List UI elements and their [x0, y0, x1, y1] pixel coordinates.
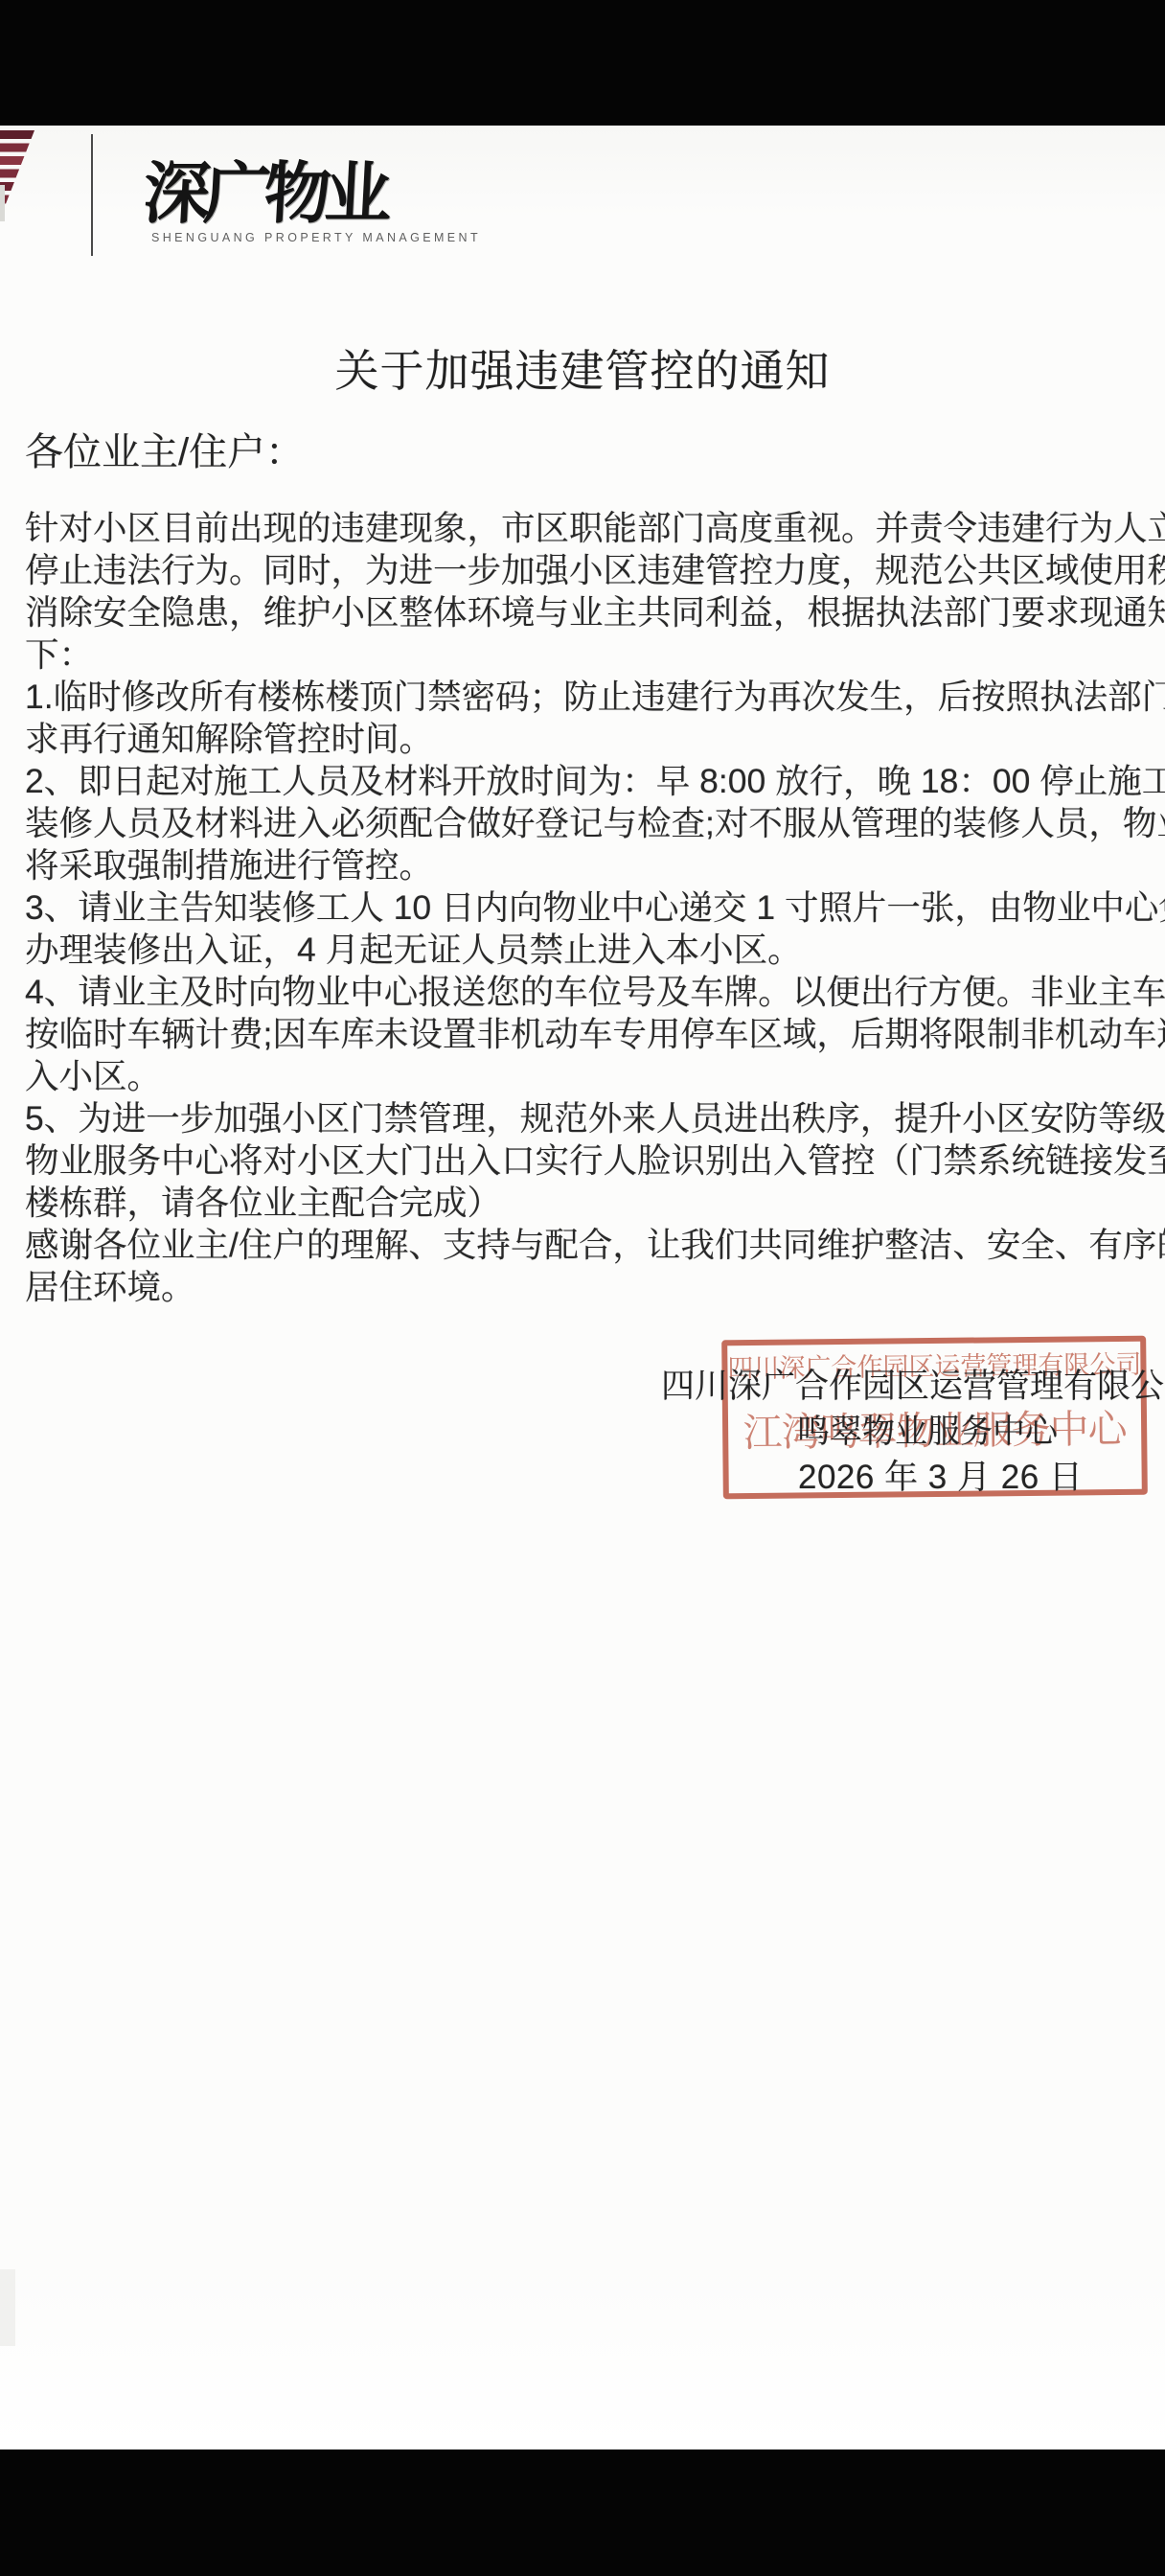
notice-line: 下：	[25, 633, 1165, 676]
notice-line: 居住环境。	[25, 1266, 1165, 1308]
top-letterbox-bar	[0, 0, 1165, 126]
notice-line: 求再行通知解除管控时间。	[25, 718, 1165, 760]
notice-line: 消除安全隐患，维护小区整体环境与业主共同利益，根据执法部门要求现通知如	[25, 591, 1165, 633]
logo-wing-stripes-icon	[0, 130, 40, 221]
notice-line: 按临时车辆计费;因车库未设置非机动车专用停车区域，后期将限制非机动车进	[25, 1013, 1165, 1055]
logo-divider-line	[91, 134, 93, 256]
notice-line: 2、即日起对施工人员及材料开放时间为：早 8:00 放行，晚 18：00 停止施…	[25, 760, 1165, 802]
notice-line: 感谢各位业主/住户的理解、支持与配合，让我们共同维护整洁、安全、有序的	[25, 1224, 1165, 1266]
notice-line: 装修人员及材料进入必须配合做好登记与检查;对不服从管理的装修人员，物业	[25, 802, 1165, 844]
notice-salutation: 各位业主/住户：	[25, 430, 1165, 474]
signature-date: 2026 年 3 月 26 日	[798, 1451, 1083, 1499]
bottom-letterbox-bar	[0, 2449, 1165, 2576]
scan-smudge	[0, 2269, 15, 2346]
notice-paragraphs: 针对小区目前出现的违建现象，市区职能部门高度重视。并责令违建行为人立即停止违法行…	[25, 507, 1165, 1308]
notice-line: 物业服务中心将对小区大门出入口实行人脸识别出入管控（门禁系统链接发至各	[25, 1139, 1165, 1182]
phone-screenshot: 深广物业 SHENGUANG PROPERTY MANAGEMENT 关于加强违…	[0, 0, 1165, 2576]
notice-title: 关于加强违建管控的通知	[0, 336, 1165, 400]
notice-line: 3、请业主告知装修工人 10 日内向物业中心递交 1 寸照片一张，由物业中心免费	[25, 886, 1165, 929]
notice-line: 楼栋群，请各位业主配合完成）	[25, 1182, 1165, 1224]
notice-line: 将采取强制措施进行管控。	[25, 844, 1165, 886]
company-logo-calligraphy: 深广物业	[141, 140, 433, 237]
signature-department-name: 鸣翠物业服务中心	[797, 1405, 1058, 1452]
notice-line: 入小区。	[25, 1055, 1165, 1097]
notice-body: 各位业主/住户： 针对小区目前出现的违建现象，市区职能部门高度重视。并责令违建行…	[25, 430, 1165, 1308]
scan-smudge	[0, 185, 5, 221]
notice-line: 针对小区目前出现的违建现象，市区职能部门高度重视。并责令违建行为人立即	[25, 507, 1165, 549]
notice-line: 4、请业主及时向物业中心报送您的车位号及车牌。以便出行方便。非业主车辆	[25, 971, 1165, 1013]
notice-line: 5、为进一步加强小区门禁管理，规范外来人员进出秩序，提升小区安防等级，	[25, 1097, 1165, 1139]
notice-line: 办理装修出入证，4 月起无证人员禁止进入本小区。	[25, 929, 1165, 971]
notice-line: 1.临时修改所有楼栋楼顶门禁密码；防止违建行为再次发生，后按照执法部门要	[25, 676, 1165, 718]
company-logo-tagline: SHENGUANG PROPERTY MANAGEMENT	[151, 231, 481, 244]
notice-line: 停止违法行为。同时，为进一步加强小区违建管控力度，规范公共区域使用秩序，	[25, 549, 1165, 591]
signature-company-name: 四川深广合作园区运营管理有限公司	[661, 1360, 1165, 1408]
